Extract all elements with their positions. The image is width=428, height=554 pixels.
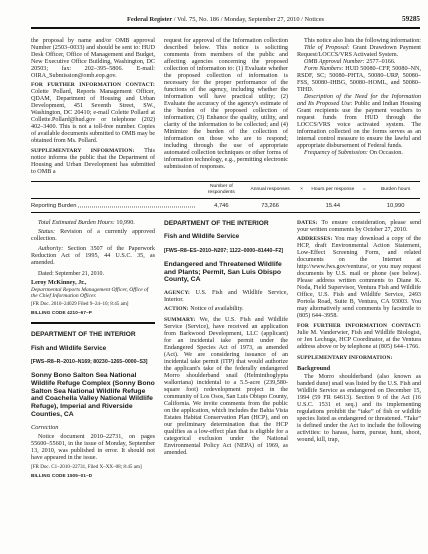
department-heading: DEPARTMENT OF THE INTERIOR [31, 331, 155, 338]
addresses-paragraph: ADDRESSES: You may download a copy of th… [297, 236, 421, 320]
upper-column-3: This notice also lists the following inf… [297, 38, 421, 176]
upper-column-1: the proposal by name and/or OMB approval… [31, 38, 155, 176]
signature-name: Leroy McKinney, Jr., [31, 280, 155, 287]
article-divider-rule [31, 322, 155, 324]
notice-title: Sonny Bono Salton Sea National Wildlife … [31, 372, 155, 418]
supplementary-label: SUPPLEMENTARY INFORMATION: [297, 355, 393, 361]
federal-register-page: Federal Register / Vol. 75, No. 186 / Mo… [0, 0, 428, 554]
listing-intro: This notice also lists the following inf… [297, 38, 421, 45]
lower-column-2: DEPARTMENT OF THE INTERIOR Fish and Wild… [164, 220, 288, 479]
background-paragraph: The Morro shoulderband (also known as ba… [297, 374, 421, 444]
status-line: Status: Revision of a currently approved… [31, 229, 155, 243]
supplementary-label: SUPPLEMENTARY INFORMATION: [31, 148, 135, 154]
cell-annual: 73,266 [246, 203, 295, 209]
docket-number: [FWS–R8–ES–2010–N207; 1122–0000–81440–F2… [164, 248, 288, 254]
addresses-text: You may download a copy of the HCP, draf… [297, 236, 421, 319]
item-lead: Frequency of Submission: [304, 150, 368, 156]
dates-label: DATES: [297, 220, 317, 226]
burden-table-header-row: Number of respondents Annual responses ×… [31, 181, 420, 199]
authority-lead: Authority: [38, 246, 63, 252]
row-label-cell: Reporting Burden [31, 203, 197, 209]
lower-column-3: DATES: To ensure consideration, please s… [297, 220, 421, 479]
agency-label: AGENCY: [164, 290, 190, 296]
burden-table: Number of respondents Annual responses ×… [31, 181, 420, 213]
issue-citation: / Vol. 75, No. 186 / Monday, September 2… [172, 16, 324, 23]
contact-text: Colette Pollard, Reports Management Offi… [31, 89, 155, 144]
table-row: Reporting Burden 4,746 73,266 15.44 10,9… [31, 199, 420, 213]
row-label: Reporting Burden [31, 203, 76, 209]
contact-label: FOR FURTHER INFORMATION CONTACT: [31, 82, 155, 88]
contact-label: FOR FURTHER INFORMATION CONTACT: [297, 323, 421, 329]
continuation-paragraph: the proposal by name and/or OMB approval… [31, 38, 155, 80]
journal-name: Federal Register [127, 16, 172, 23]
action-text: Notice of availability. [190, 306, 243, 312]
summary-paragraph: SUMMARY: We, the U.S. Fish and Wildlife … [164, 317, 288, 457]
item-lead: Form Numbers: [304, 66, 344, 72]
action-line: ACTION: Notice of availability. [164, 306, 288, 313]
dates-paragraph: DATES: To ensure consideration, please s… [297, 220, 421, 234]
agency-heading: Fish and Wildlife Service [164, 233, 288, 240]
total-text: 10,990. [116, 220, 134, 226]
notice-title: Endangered and Threatened Wildlife and P… [164, 261, 288, 284]
listing-item: Form Numbers: HUD 50080–CFP, 50080–NN, R… [297, 66, 421, 94]
dotted-leader [78, 206, 195, 207]
item-text: On Occasion. [369, 150, 402, 156]
agency-heading: Fish and Wildlife Service [31, 345, 155, 352]
summary-label: SUMMARY: [164, 317, 195, 323]
col-header-hours: Hours per response [309, 187, 358, 193]
contact-text: Julie M. Vanderwier, Fish and Wildlife B… [297, 330, 421, 350]
item-text: 2577–0166. [366, 59, 395, 65]
equals-symbol: = [357, 187, 371, 193]
cell-hours: 15.44 [309, 203, 358, 209]
listing-item: OMB Approval Number: 2577–0166. [297, 59, 421, 66]
dated-line: Dated: September 21, 2010. [31, 271, 155, 278]
contact-paragraph: FOR FURTHER INFORMATION CONTACT: Julie M… [297, 323, 421, 351]
supplementary-paragraph: SUPPLEMENTARY INFORMATION: This notice i… [31, 148, 155, 176]
upper-section: the proposal by name and/or OMB approval… [31, 38, 420, 176]
fr-doc-line: [FR Doc. 2010–24029 Filed 9–24–10; 8:45 … [31, 301, 155, 307]
listing-item: Frequency of Submission: On Occasion. [297, 150, 421, 157]
lower-column-1: Total Estimated Burden Hours: 10,990. St… [31, 220, 155, 479]
docket-number: [FWS–R8–R–2010–N169; 80230–1265–0000–S3] [31, 359, 155, 365]
total-lead: Total Estimated Burden Hours: [38, 220, 115, 226]
col-header-respondents: Number of respondents [197, 184, 246, 195]
authority-line: Authority: Section 3507 of the Paperwork… [31, 246, 155, 267]
billing-code: BILLING CODE 4210–67–P [31, 309, 155, 316]
supplementary-heading: SUPPLEMENTARY INFORMATION: [297, 355, 421, 362]
request-paragraph: request for approval of the Information … [164, 38, 288, 171]
correction-heading: Correction [31, 424, 155, 431]
correction-text: Notice document 2010–22731, on pages 556… [31, 434, 155, 462]
cell-burden: 10,990 [371, 203, 420, 209]
listing-item: Title of Proposal: Grant Drawdown Paymen… [297, 45, 421, 59]
addresses-label: ADDRESSES: [297, 236, 332, 242]
department-heading: DEPARTMENT OF THE INTERIOR [164, 220, 288, 227]
billing-code: BILLING CODE 1505–01–D [31, 472, 155, 479]
contact-paragraph: FOR FURTHER INFORMATION CONTACT: Colette… [31, 82, 155, 145]
lower-section: Total Estimated Burden Hours: 10,990. St… [31, 220, 420, 479]
agency-line: AGENCY: U.S. Fish and Wildlife Service, … [164, 290, 288, 304]
background-heading: Background [297, 365, 421, 372]
col-header-annual: Annual responses [246, 187, 295, 193]
cell-respondents: 4,746 [197, 203, 246, 209]
total-burden-line: Total Estimated Burden Hours: 10,990. [31, 220, 155, 227]
listing-item: Description of the Need for the Informat… [297, 94, 421, 150]
item-text: Public and Indian Housing Grant recipien… [297, 101, 421, 149]
item-lead: OMB Approval Number: [304, 59, 365, 65]
action-label: ACTION: [164, 306, 189, 312]
item-lead: Title of Proposal: [304, 45, 350, 51]
fr-doc-line: [FR Doc. C1–2010–22731, Filed X–XX–08; 8… [31, 464, 155, 470]
page-number: 59285 [402, 16, 420, 23]
summary-text: We, the U.S. Fish and Wildlife Service (… [164, 317, 288, 456]
signature-title: Departmental Reports Management Officer,… [31, 287, 155, 300]
col-header-burden: Burden hours [371, 187, 420, 193]
status-lead: Status: [38, 229, 55, 235]
multiply-symbol: × [295, 187, 309, 193]
running-head: Federal Register / Vol. 75, No. 186 / Mo… [31, 16, 420, 23]
upper-column-2: request for approval of the Information … [164, 38, 288, 176]
header-rule [31, 27, 420, 29]
